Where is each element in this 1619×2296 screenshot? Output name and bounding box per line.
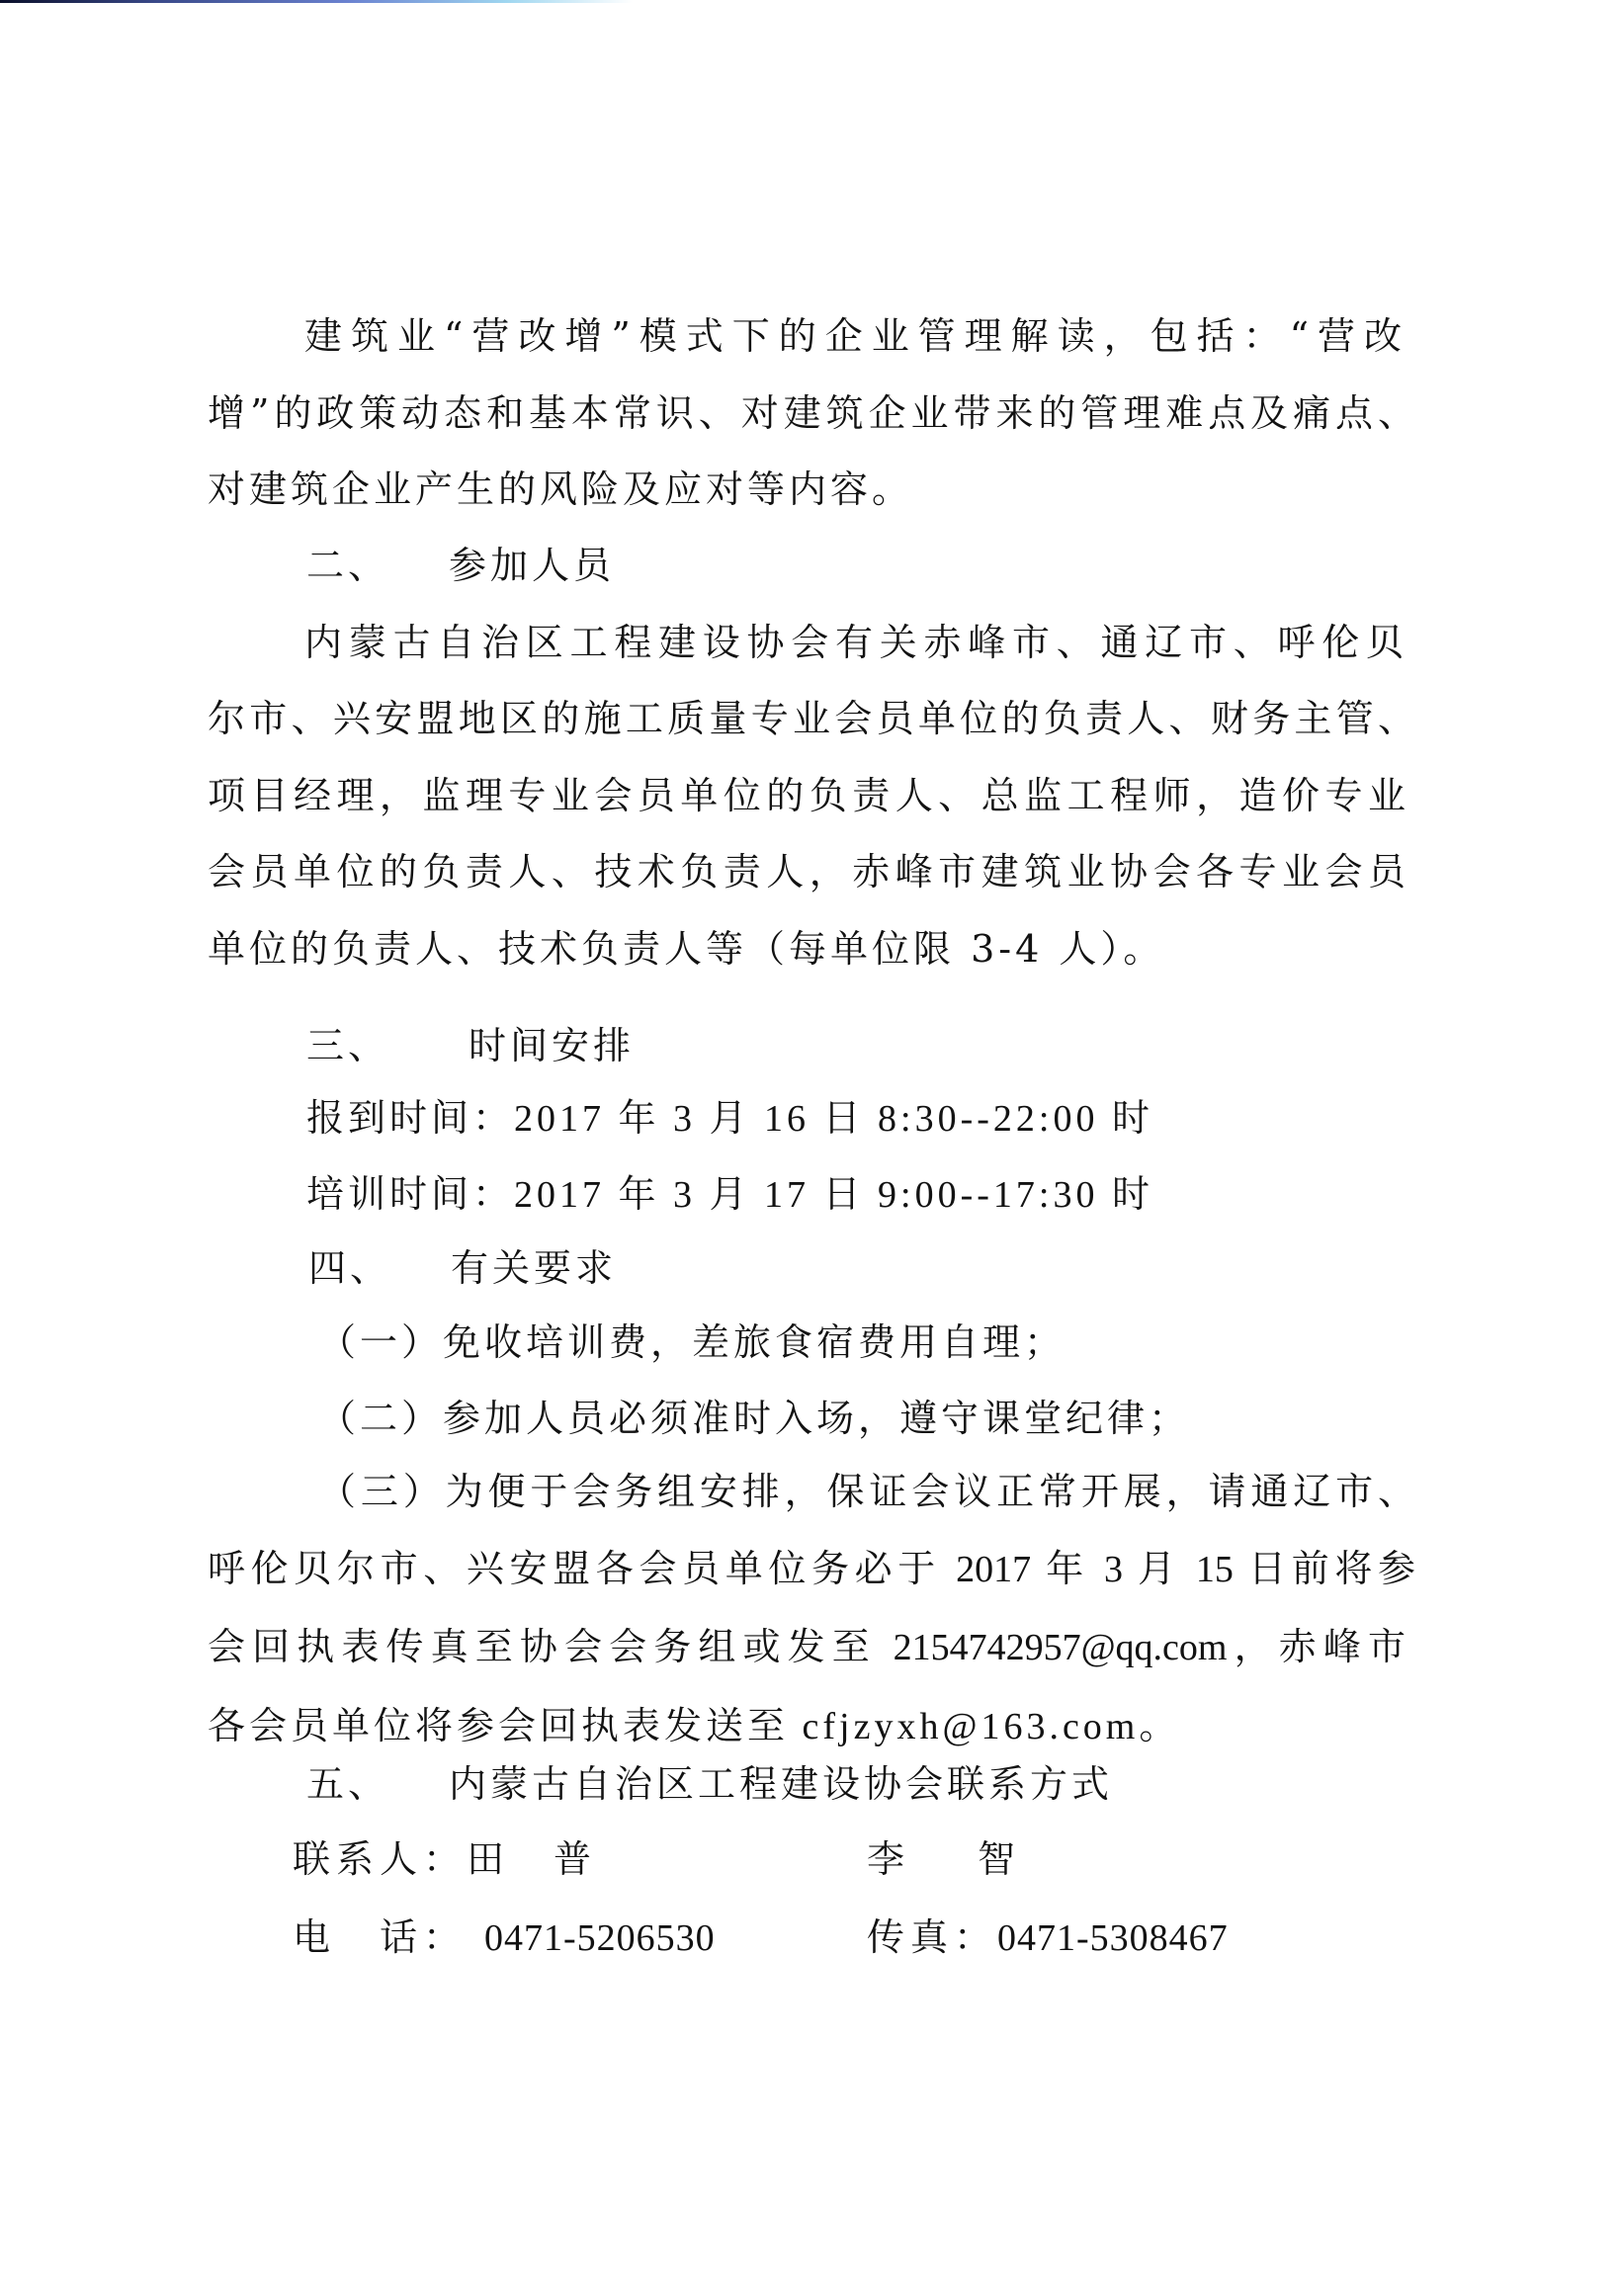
fax-number: 0471-5308467 xyxy=(997,1917,1229,1959)
requirement-marker-3: （三） xyxy=(318,1470,446,1513)
section2-title: 参加人员 xyxy=(449,544,615,587)
intro-line-1: 建筑业“营改增”模式下的企业管理解读，包括：“营改 xyxy=(304,311,1402,361)
section2-line-5: 单位的负责人、技术负责人等（每单位限 3-4 人）。 xyxy=(208,924,1164,974)
section5-title: 内蒙古自治区工程建设协会联系方式 xyxy=(449,1762,1113,1806)
section2-line-1: 内蒙古自治区工程建设协会有关赤峰市、通辽市、呼伦贝 xyxy=(304,618,1404,667)
section2-line-2: 尔市、兴安盟地区的施工质量专业会员单位的负责人、财务主管、 xyxy=(208,694,1415,743)
contact-name-1: 田 普 xyxy=(467,1837,597,1881)
requirement-marker-2: （二） xyxy=(318,1397,443,1440)
requirement-item-3-line-3: 会回执表传真至协会会务组或发至 2154742957@qq.com，赤峰市 xyxy=(208,1623,1406,1672)
requirement-text-2: 参加人员必须准时入场，遵守课堂纪律； xyxy=(443,1397,1190,1440)
training-value: 2017 年 3 月 17 日 9:00--17:30 时 xyxy=(514,1174,1153,1216)
contact-name-2: 李 智 xyxy=(867,1834,1033,1884)
contact-label: 联系人： xyxy=(293,1837,467,1881)
phone-label: 电 话： xyxy=(293,1915,467,1959)
contact-row: 联系人：田 普 xyxy=(293,1834,597,1884)
section5-heading: 五、内蒙古自治区工程建设协会联系方式 xyxy=(306,1759,1113,1809)
requirement-item-2: （二）参加人员必须准时入场，遵守课堂纪律； xyxy=(318,1394,1190,1443)
requirement-item-1: （一）免收培训费，差旅食宿费用自理； xyxy=(318,1318,1065,1367)
registration-label: 报到时间： xyxy=(306,1096,514,1140)
requirement-text-1: 免收培训费，差旅食宿费用自理； xyxy=(443,1320,1065,1364)
intro-line-3: 对建筑企业产生的风险及应对等内容。 xyxy=(208,465,913,514)
section2-line-3: 项目经理，监理专业会员单位的负责人、总监工程师，造价专业 xyxy=(208,771,1406,820)
section4-number: 四、 xyxy=(308,1246,391,1290)
section3-title: 时间安排 xyxy=(469,1024,635,1067)
section3-heading: 三、时间安排 xyxy=(306,1021,635,1070)
section4-heading: 四、有关要求 xyxy=(308,1243,617,1293)
registration-value: 2017 年 3 月 16 日 8:30--22:00 时 xyxy=(514,1098,1153,1140)
fax-label: 传真： xyxy=(867,1915,997,1959)
section3-number: 三、 xyxy=(306,1024,389,1067)
section5-number: 五、 xyxy=(306,1762,389,1806)
section2-line-4: 会员单位的负责人、技术负责人，赤峰市建筑业协会各专业会员 xyxy=(208,847,1406,896)
fax-row: 传真：0471-5308467 xyxy=(867,1913,1229,1962)
training-label: 培训时间： xyxy=(306,1172,514,1216)
document-page: 建筑业“营改增”模式下的企业管理解读，包括：“营改 增”的政策动态和基本常识、对… xyxy=(0,0,1619,2296)
section4-title: 有关要求 xyxy=(451,1246,617,1290)
requirement-item-3-line-4: 各会员单位将参会回执表发送至 cfjzyxh@163.com。 xyxy=(208,1702,1180,1751)
intro-line-2: 增”的政策动态和基本常识、对建筑企业带来的管理难点及痛点、 xyxy=(208,388,1415,438)
section2-heading: 二、参加人员 xyxy=(306,541,615,590)
training-time: 培训时间：2017 年 3 月 17 日 9:00--17:30 时 xyxy=(306,1169,1153,1219)
phone-row: 电 话：0471-5206530 xyxy=(293,1913,716,1962)
requirement-marker-1: （一） xyxy=(318,1320,443,1364)
requirement-item-3-line-2: 呼伦贝尔市、兴安盟各会员单位务必于 2017 年 3 月 15 日前将参 xyxy=(208,1545,1415,1594)
phone-number: 0471-5206530 xyxy=(484,1917,716,1959)
registration-time: 报到时间：2017 年 3 月 16 日 8:30--22:00 时 xyxy=(306,1093,1153,1143)
section2-number: 二、 xyxy=(306,544,389,587)
requirement-text-3-line-1: 为便于会务组安排，保证会议正常开展，请通辽市、 xyxy=(446,1470,1415,1513)
requirement-item-3: （三）为便于会务组安排，保证会议正常开展，请通辽市、 xyxy=(318,1467,1415,1516)
